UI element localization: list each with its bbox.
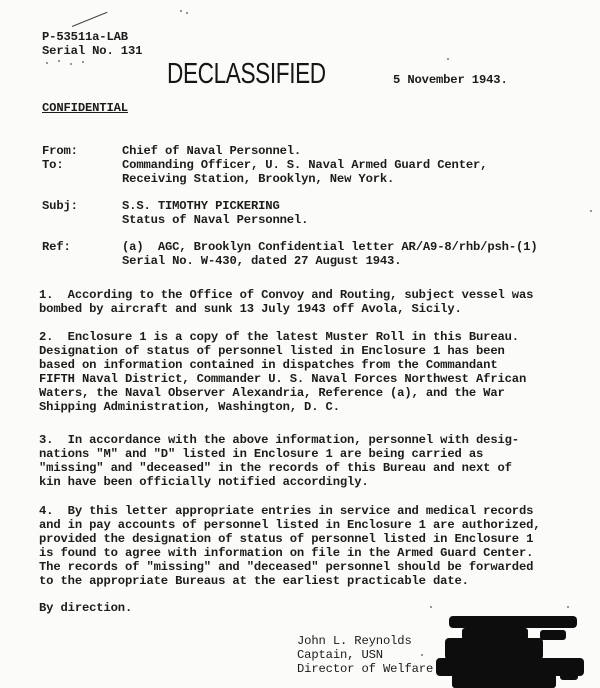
file-code: P-53511a-LAB [42, 30, 128, 44]
paragraph-3-line: nations "M" and "D" listed in Enclosure … [39, 447, 483, 461]
serial-number: Serial No. 131 [42, 44, 142, 58]
paragraph-2-line: FIFTH Naval District, Commander U. S. Na… [39, 372, 526, 386]
to-label: To: [42, 158, 64, 172]
to-line: Receiving Station, Brooklyn, New York. [122, 172, 394, 186]
classification-marking: CONFIDENTIAL [42, 101, 128, 115]
pen-mark [72, 12, 108, 27]
paragraph-1-line: bombed by aircraft and sunk 13 July 1943… [39, 302, 462, 316]
paragraph-4-line: The records of "missing" and "deceased" … [39, 560, 533, 574]
paragraph-4-line: and in pay accounts of personnel listed … [39, 518, 540, 532]
letter-date: 5 November 1943. [393, 73, 508, 87]
paragraph-2-line: Shipping Administration, Washington, D. … [39, 400, 340, 414]
from-label: From: [42, 144, 78, 158]
document-page: P-53511a-LAB Serial No. 131 DECLASSIFIED… [0, 0, 600, 688]
paragraph-4-line: provided the designation of status of pe… [39, 532, 533, 546]
paragraph-3-line: "missing" and "deceased" in the records … [39, 461, 512, 475]
closing-text: By direction. [39, 601, 132, 615]
from-value: Chief of Naval Personnel. [122, 144, 301, 158]
declassified-stamp: DECLASSIFIED [167, 58, 326, 91]
paragraph-2-line: based on information contained in dispat… [39, 358, 497, 372]
reference-label: Ref: [42, 240, 71, 254]
paragraph-2-line: 2. Enclosure 1 is a copy of the latest M… [39, 330, 519, 344]
signature-name: John L. Reynolds [297, 634, 412, 648]
reference-line: Serial No. W-430, dated 27 August 1943. [122, 254, 401, 268]
to-line: Commanding Officer, U. S. Naval Armed Gu… [122, 158, 487, 172]
subject-line: S.S. TIMOTHY PICKERING [122, 199, 280, 213]
reference-line: (a) AGC, Brooklyn Confidential letter AR… [122, 240, 538, 254]
paragraph-2-line: Waters, the Naval Observer Alexandria, R… [39, 386, 505, 400]
signature-title: Director of Welfare. [297, 662, 440, 676]
paragraph-4-line: to the appropriate Bureaus at the earlie… [39, 574, 469, 588]
paragraph-2-line: Designation of status of personnel liste… [39, 344, 505, 358]
paragraph-4-line: is found to agree with information on fi… [39, 546, 533, 560]
paragraph-4-line: 4. By this letter appropriate entries in… [39, 504, 533, 518]
paragraph-3-line: kin have been officially notified accord… [39, 475, 369, 489]
subject-label: Subj: [42, 199, 78, 213]
paragraph-3-line: 3. In accordance with the above informat… [39, 433, 519, 447]
signature-rank: Captain, USN [297, 648, 383, 662]
subject-line: Status of Naval Personnel. [122, 213, 308, 227]
paragraph-1-line: 1. According to the Office of Convoy and… [39, 288, 533, 302]
